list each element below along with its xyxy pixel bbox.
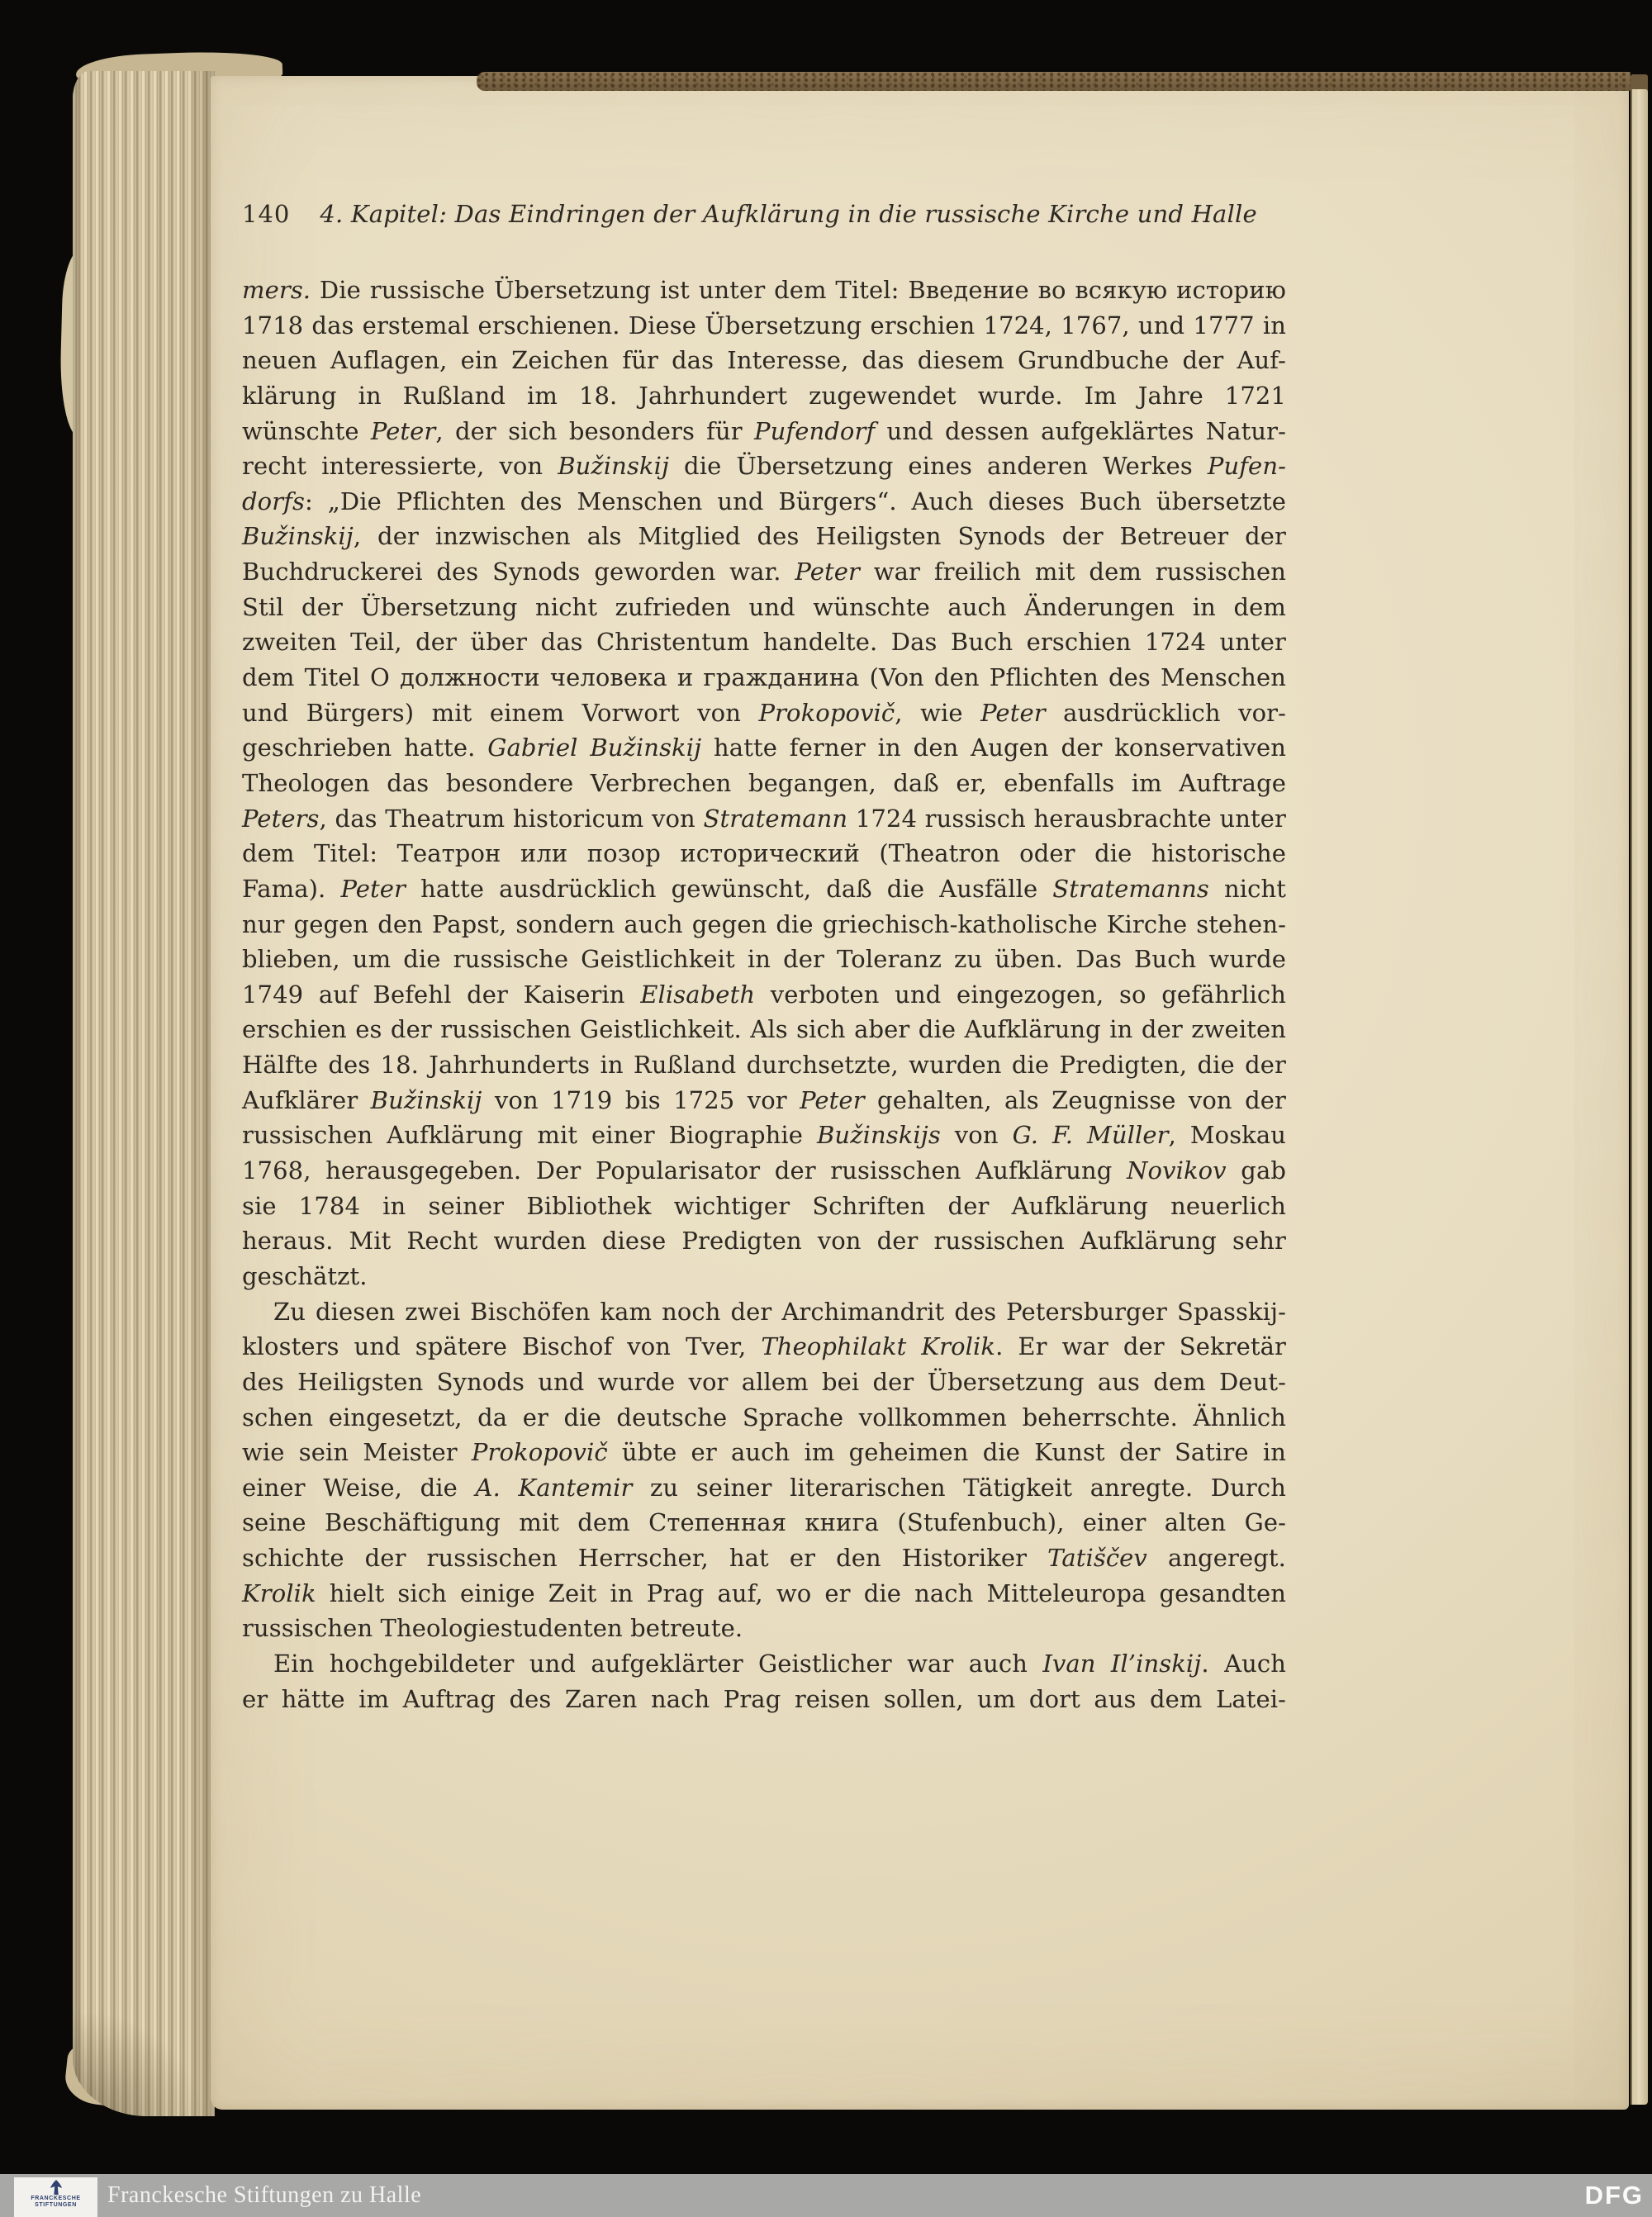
chapter-running-head: 4. Kapitel: Das Eindringen der Aufklärun… — [320, 197, 1257, 232]
text-line: dorfs: „Die Pflichten des Menschen und B… — [242, 484, 1286, 520]
scan-viewport: 140 4. Kapitel: Das Eindringen der Aufkl… — [0, 0, 1652, 2217]
paragraph: Zu diesen zwei Bischöfen kam noch der Ar… — [242, 1294, 1286, 1646]
text-line: sie 1784 in seiner Bibliothek wichtiger … — [242, 1189, 1286, 1224]
text-line: 1768, herausgegeben. Der Popularisator d… — [242, 1153, 1286, 1189]
institution-logo: FRANCKESCHE STIFTUNGEN — [14, 2177, 97, 2217]
text-line: schen eingesetzt, da er die deutsche Spr… — [242, 1400, 1286, 1436]
institution-logo-caption-line1: FRANCKESCHE — [31, 2196, 80, 2202]
text-line: erschien es der russischen Geistlichkeit… — [242, 1012, 1286, 1047]
page-text-column: 140 4. Kapitel: Das Eindringen der Aufkl… — [242, 197, 1286, 1716]
text-line: russischen Aufklärung mit einer Biograph… — [242, 1118, 1286, 1153]
text-line: dem Titel О должности человека и граждан… — [242, 660, 1286, 695]
institution-name: Franckesche Stiftungen zu Halle — [107, 2174, 421, 2217]
text-line: Theologen das besondere Verbrechen began… — [242, 766, 1286, 801]
text-line: recht interessierte, von Bužinskij die Ü… — [242, 449, 1286, 484]
text-line: 1749 auf Befehl der Kaiserin Elisabeth v… — [242, 977, 1286, 1013]
page-edge-stripes — [73, 71, 215, 2116]
text-line: Stil der Übersetzung nicht zufrieden und… — [242, 590, 1286, 625]
text-line: Bužinskij, der inzwischen als Mitglied d… — [242, 519, 1286, 554]
text-line: geschrieben hatte. Gabriel Bužinskij hat… — [242, 730, 1286, 766]
adjacent-page-edge-cap — [1631, 74, 1648, 91]
text-line: heraus. Mit Recht wurden diese Predigten… — [242, 1223, 1286, 1259]
page-header: 140 4. Kapitel: Das Eindringen der Aufkl… — [242, 197, 1286, 232]
text-line: Krolik hielt sich einige Zeit in Prag au… — [242, 1576, 1286, 1612]
adjacent-page-edge — [1631, 89, 1648, 2105]
text-line: geschätzt. — [242, 1259, 1286, 1294]
text-line: und Bürgers) mit einem Vorwort von Proko… — [242, 695, 1286, 731]
page-edge-stack — [73, 71, 215, 2116]
text-line: seine Beschäftigung mit dem Степенная кн… — [242, 1505, 1286, 1541]
text-line: er hätte im Auftrag des Zaren nach Prag … — [242, 1682, 1286, 1717]
page-edge-shadow — [73, 2009, 215, 2116]
text-line: Zu diesen zwei Bischöfen kam noch der Ar… — [242, 1294, 1286, 1330]
text-line: schichte der russischen Herrscher, hat e… — [242, 1541, 1286, 1576]
text-line: Buchdruckerei des Synods geworden war. P… — [242, 554, 1286, 590]
text-line: Fama). Peter hatte ausdrücklich gewünsch… — [242, 871, 1286, 907]
page-number: 140 — [242, 197, 290, 232]
paragraph: Ein hochgebildeter und aufgeklärter Geis… — [242, 1646, 1286, 1716]
text-line: blieben, um die russische Geistlichkeit … — [242, 942, 1286, 977]
page-top-edge-band — [477, 72, 1631, 91]
text-line: zweiten Teil, der über das Christentum h… — [242, 624, 1286, 660]
page-text: mers. Die russische Übersetzung ist unte… — [242, 273, 1286, 1716]
text-line: mers. Die russische Übersetzung ist unte… — [242, 273, 1286, 308]
text-line: Peters, das Theatrum historicum von Stra… — [242, 801, 1286, 837]
text-line: nur gegen den Papst, sondern auch gegen … — [242, 907, 1286, 942]
text-line: Aufklärer Bužinskij von 1719 bis 1725 vo… — [242, 1083, 1286, 1118]
dfg-logo: DFG — [1585, 2174, 1644, 2217]
text-line: 1718 das erstemal erschienen. Diese Über… — [242, 308, 1286, 344]
text-line: Ein hochgebildeter und aufgeklärter Geis… — [242, 1646, 1286, 1682]
text-line: klärung in Rußland im 18. Jahrhundert zu… — [242, 378, 1286, 414]
text-line: Hälfte des 18. Jahrhunderts in Rußland d… — [242, 1047, 1286, 1083]
text-line: wünschte Peter, der sich besonders für P… — [242, 414, 1286, 449]
text-line: des Heiligsten Synods und wurde vor alle… — [242, 1365, 1286, 1400]
footer-bar: FRANCKESCHE STIFTUNGEN Franckesche Stift… — [0, 2174, 1652, 2217]
institution-logo-caption-line2: STIFTUNGEN — [35, 2202, 77, 2209]
text-line: wie sein Meister Prokopovič übte er auch… — [242, 1435, 1286, 1470]
text-line: einer Weise, die A. Kantemir zu seiner l… — [242, 1470, 1286, 1506]
paragraph: mers. Die russische Übersetzung ist unte… — [242, 273, 1286, 1294]
text-line: dem Titel: Театрон или позор исторически… — [242, 836, 1286, 871]
text-line: russischen Theologiestudenten betreute. — [242, 1611, 1286, 1646]
franckesche-emblem-icon — [49, 2179, 64, 2196]
text-line: neuen Auflagen, ein Zeichen für das Inte… — [242, 343, 1286, 378]
text-line: klosters und spätere Bischof von Tver, T… — [242, 1329, 1286, 1365]
